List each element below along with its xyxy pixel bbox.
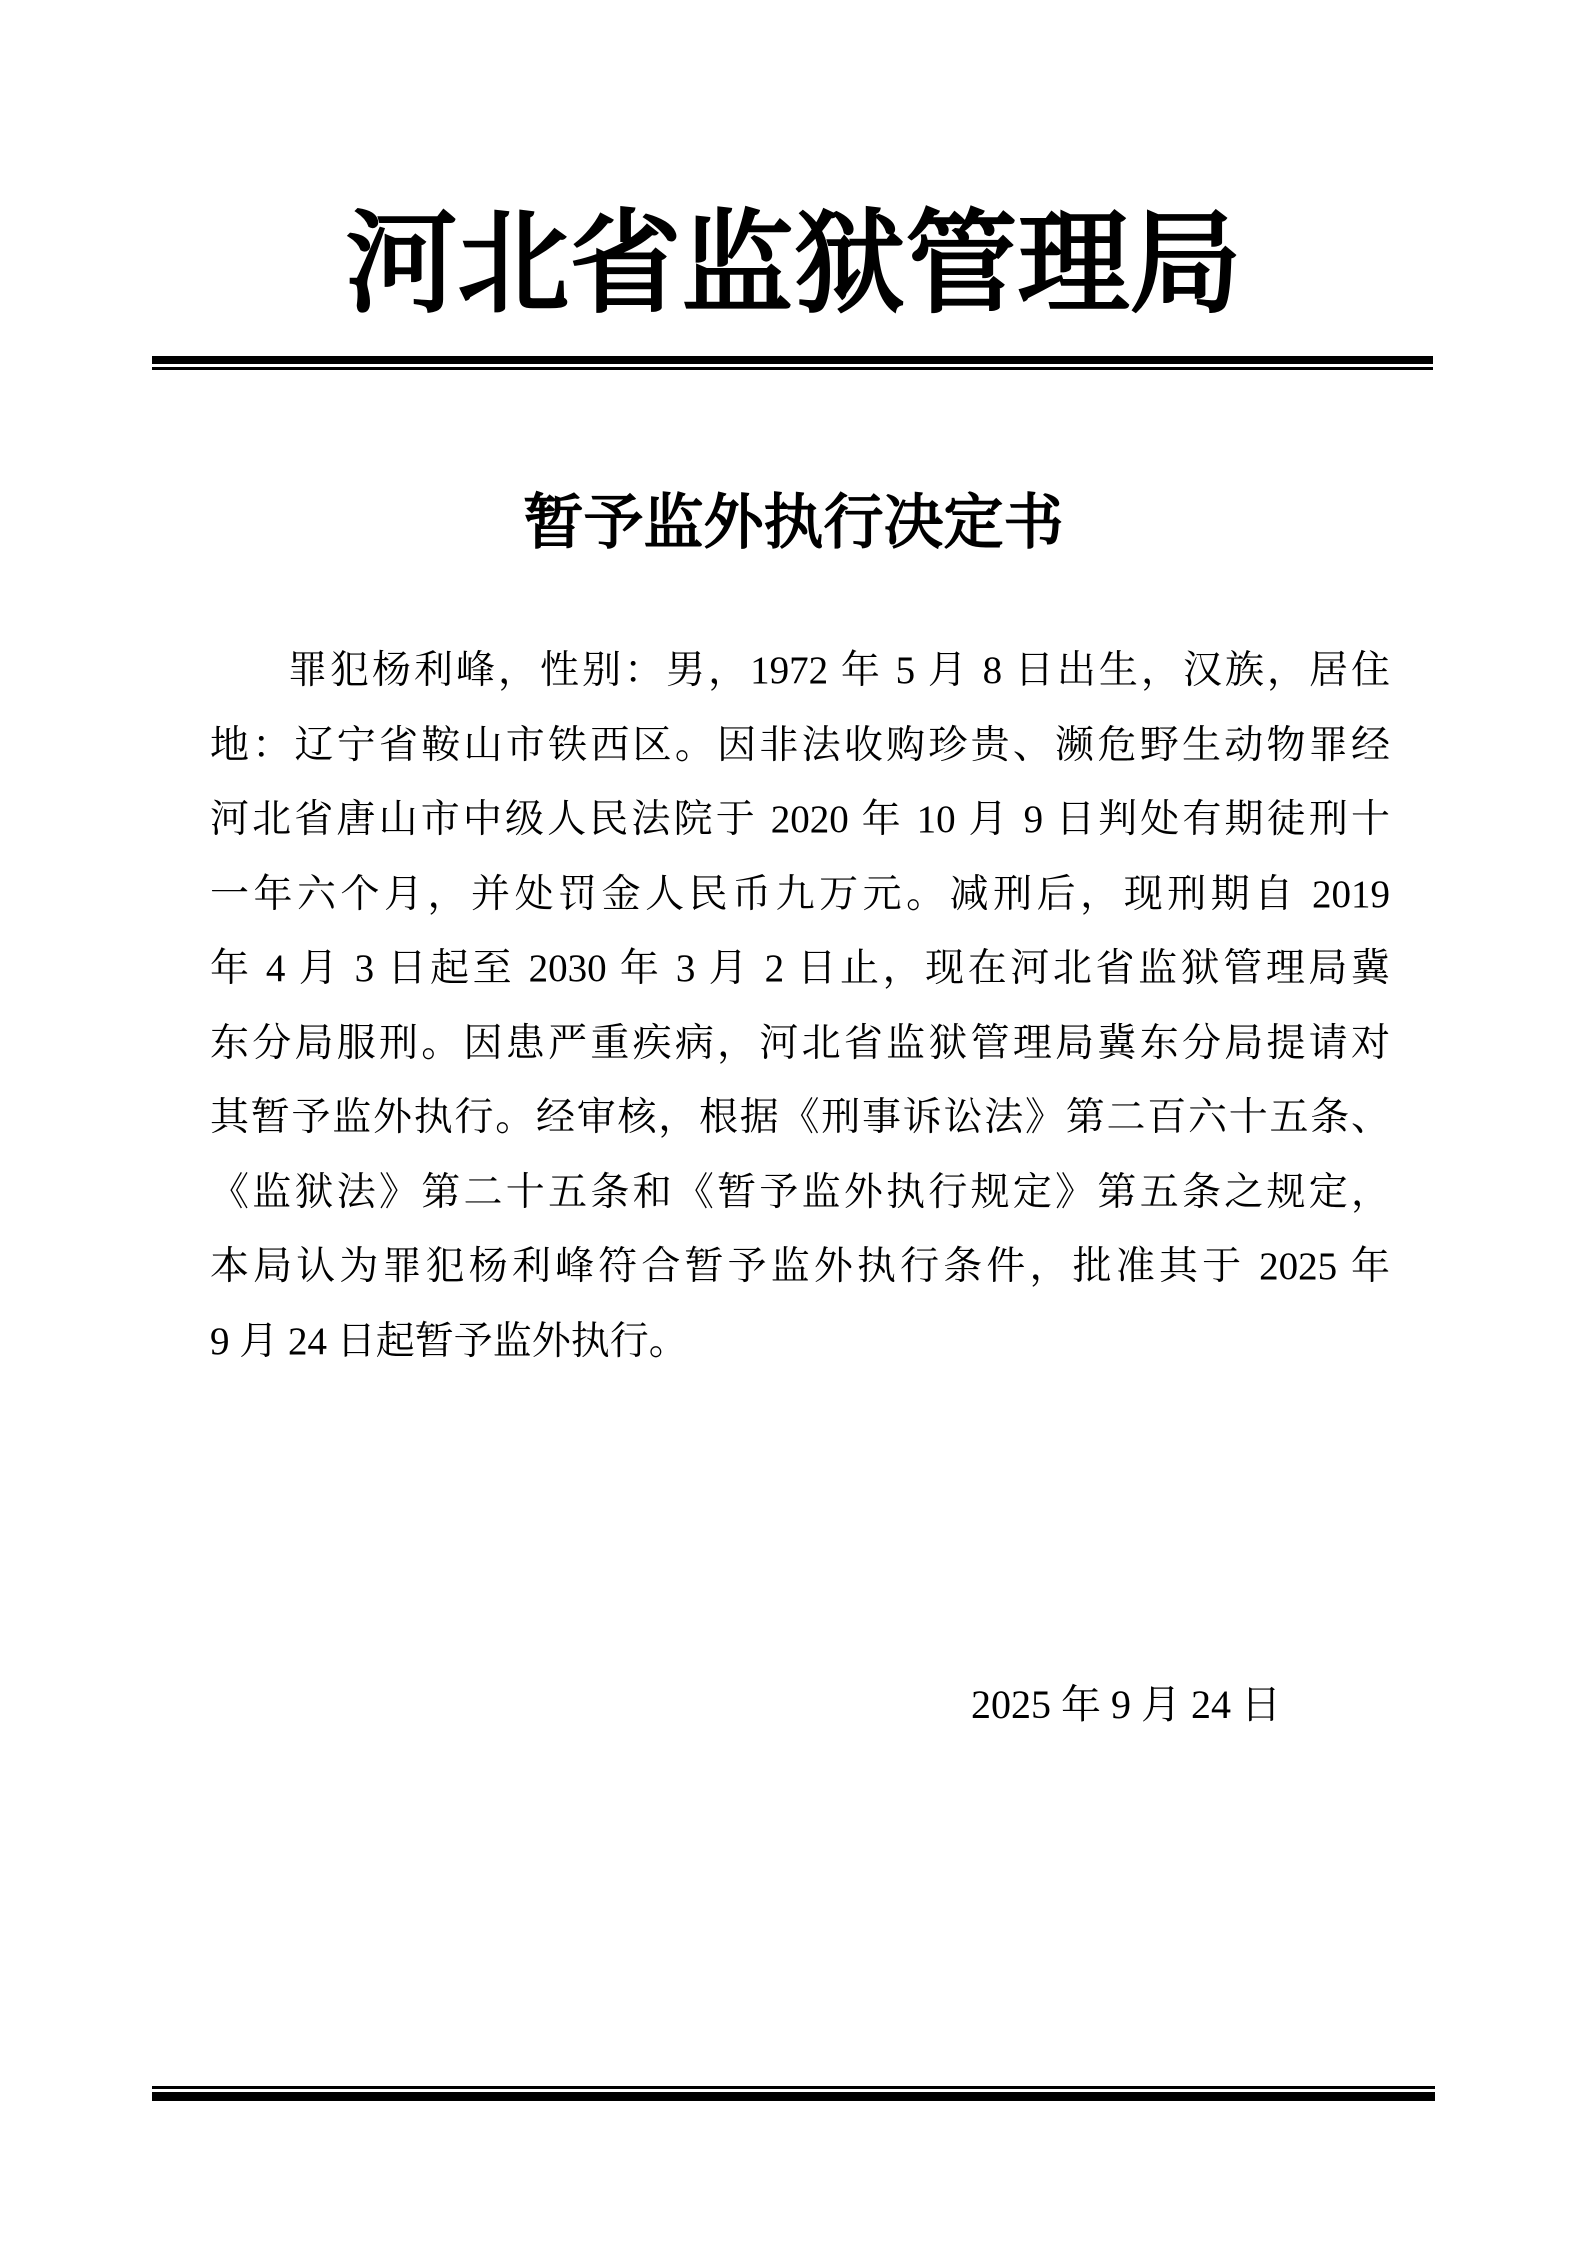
agency-letterhead-title: 河北省监狱管理局 — [0, 204, 1587, 327]
document-page: 河北省监狱管理局 暂予监外执行决定书 罪犯杨利峰，性别：男，1972 年 5 月… — [0, 0, 1587, 2245]
document-title: 暂予监外执行决定书 — [0, 487, 1587, 559]
body-line: 东分局服刑。因患严重疾病，河北省监狱管理局冀东分局提请对 — [210, 1007, 1390, 1082]
issue-date: 2025 年 9 月 24 日 — [0, 1668, 1281, 1742]
body-line: 9 月 24 日起暂予监外执行。 — [210, 1305, 1390, 1380]
body-line: 本局认为罪犯杨利峰符合暂予监外执行条件，批准其于 2025 年 — [210, 1230, 1390, 1305]
body-line: 年 4 月 3 日起至 2030 年 3 月 2 日止，现在河北省监狱管理局冀 — [210, 932, 1390, 1007]
letterhead-double-rule — [152, 356, 1433, 370]
body-line: 罪犯杨利峰，性别：男，1972 年 5 月 8 日出生，汉族，居住 — [210, 634, 1390, 709]
body-line: 其暂予监外执行。经审核，根据《刑事诉讼法》第二百六十五条、 — [210, 1081, 1390, 1156]
body-line: 《监狱法》第二十五条和《暂予监外执行规定》第五条之规定， — [210, 1156, 1390, 1231]
body-line: 河北省唐山市中级人民法院于 2020 年 10 月 9 日判处有期徒刑十 — [210, 783, 1390, 858]
body-line: 地：辽宁省鞍山市铁西区。因非法收购珍贵、濒危野生动物罪经 — [210, 709, 1390, 784]
body-line: 一年六个月，并处罚金人民币九万元。减刑后，现刑期自 2019 — [210, 858, 1390, 933]
document-body: 罪犯杨利峰，性别：男，1972 年 5 月 8 日出生，汉族，居住 地：辽宁省鞍… — [210, 634, 1390, 1379]
footer-double-rule — [152, 2086, 1435, 2101]
